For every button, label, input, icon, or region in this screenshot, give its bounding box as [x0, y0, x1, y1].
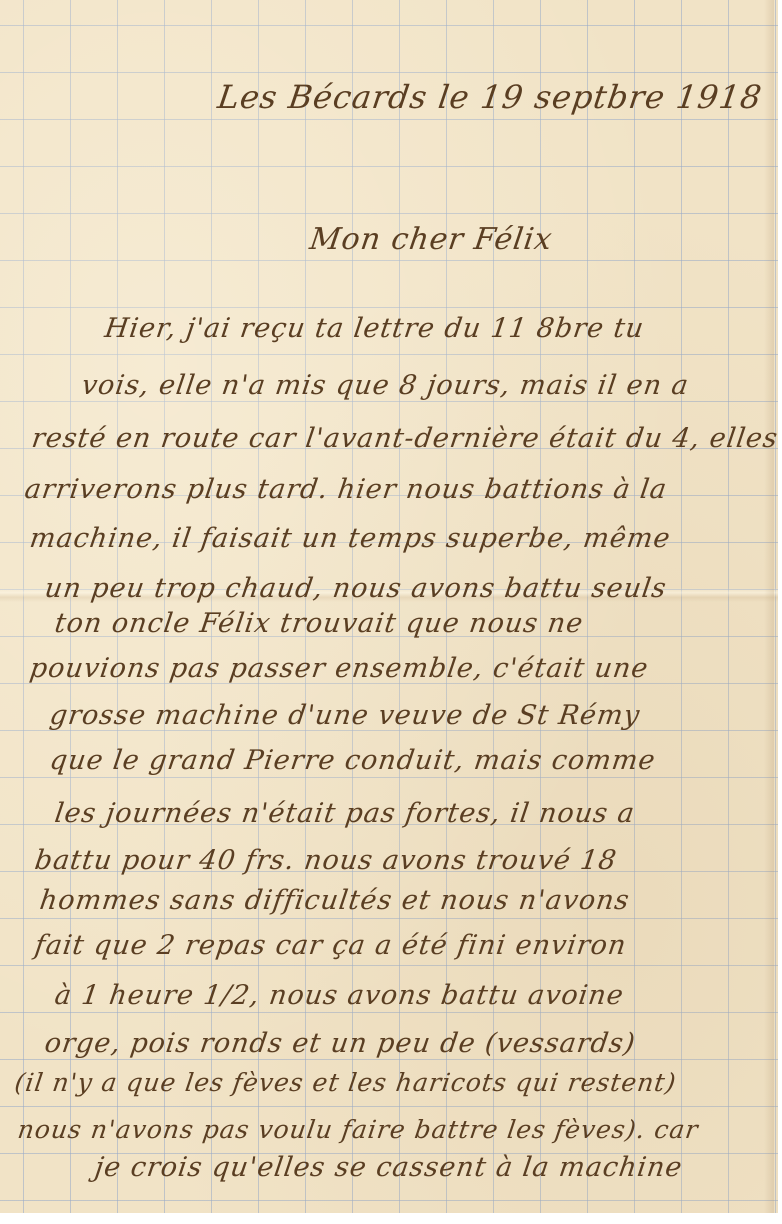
letter-line-5: machine, il faisait un temps superbe, mê… — [28, 523, 673, 554]
letter-line-9: grosse machine d'une veuve de St Rémy — [48, 700, 642, 731]
letter-line-3: resté en route car l'avant-dernière étai… — [30, 423, 780, 454]
letter-line-4: arriverons plus tard. hier nous battions… — [23, 474, 669, 505]
letter-line-7: ton oncle Félix trouvait que nous ne — [53, 608, 586, 639]
letter-line-18: nous n'avons pas voulu faire battre les … — [16, 1115, 700, 1144]
letter-line-6: un peu trop chaud, nous avons battu seul… — [43, 573, 669, 604]
letter-line-8: pouvions pas passer ensemble, c'était un… — [28, 653, 651, 684]
letter-paper: Les Bécards le 19 septbre 1918 Mon cher … — [0, 0, 778, 1213]
letter-line-13: hommes sans difficultés et nous n'avons — [38, 885, 632, 916]
letter-line-2: vois, elle n'a mis que 8 jours, mais il … — [80, 370, 691, 401]
letter-line-1: Hier, j'ai reçu ta lettre du 11 8bre tu — [103, 313, 646, 344]
paper-edge-shadow — [764, 0, 774, 1213]
letter-line-10: que le grand Pierre conduit, mais comme — [48, 745, 658, 776]
letter-line-11: les journées n'était pas fortes, il nous… — [53, 798, 637, 829]
letter-line-14: fait que 2 repas car ça a été fini envir… — [33, 930, 629, 961]
letter-line-12: battu pour 40 frs. nous avons trouvé 18 — [33, 845, 619, 876]
letter-place-date: Les Bécards le 19 septbre 1918 — [215, 78, 764, 116]
letter-line-16: orge, pois ronds et un peu de (vessards) — [43, 1028, 638, 1059]
letter-line-15: à 1 heure 1/2, nous avons battu avoine — [53, 980, 626, 1011]
letter-line-19: je crois qu'elles se cassent à la machin… — [93, 1152, 685, 1183]
letter-line-17: (il n'y a que les fèves et les haricots … — [13, 1068, 678, 1097]
letter-salutation: Mon cher Félix — [308, 222, 555, 257]
